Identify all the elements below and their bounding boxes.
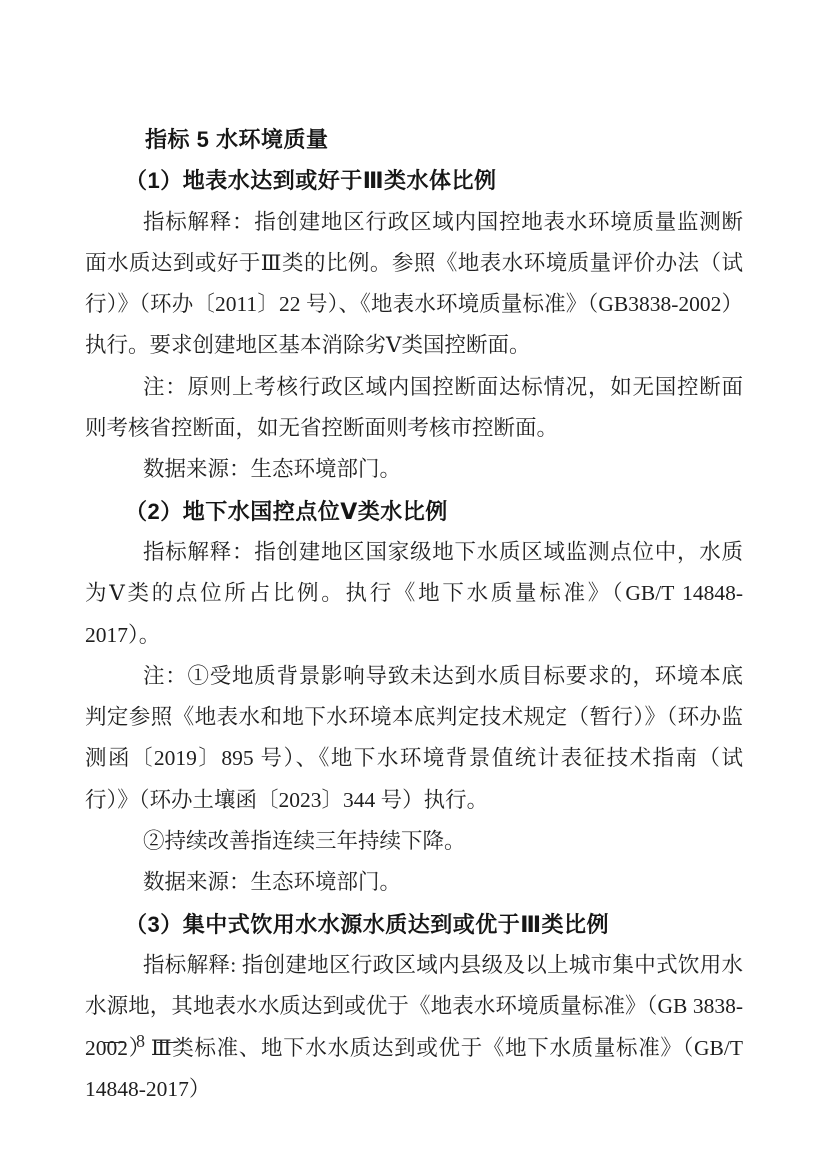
section-2-paragraph-note: 注：①受地质背景影响导致未达到水质目标要求的，环境本底判定参照《地表水和地下水环…	[85, 656, 743, 821]
section-2-paragraph-data-source: 数据来源：生态环境部门。	[85, 862, 743, 903]
section-2-heading: （2）地下水国控点位Ⅴ类水比例	[85, 491, 743, 532]
section-1-paragraph-explanation: 指标解释：指创建地区行政区域内国控地表水环境质量监测断面水质达到或好于Ⅲ类的比例…	[85, 202, 743, 367]
footer-dash-right: —	[157, 1031, 178, 1053]
section-3-heading: （3）集中式饮用水水源水质达到或优于Ⅲ类比例	[85, 904, 743, 945]
section-3-paragraph-explanation: 指标解释: 指创建地区行政区域内县级及以上城市集中式饮用水水源地，其地表水水质达…	[85, 945, 743, 1110]
section-1-paragraph-note: 注：原则上考核行政区域内国控断面达标情况，如无国控断面则考核省控断面，如无省控断…	[85, 367, 743, 450]
main-heading: 指标 5 水环境质量	[85, 119, 743, 160]
section-2-paragraph-explanation: 指标解释：指创建地区国家级地下水质区域监测点位中，水质为Ⅴ类的点位所占比例。执行…	[85, 532, 743, 656]
footer-dash-left: —	[103, 1031, 124, 1053]
page-number: 8	[136, 1031, 145, 1052]
document-content: 指标 5 水环境质量 （1）地表水达到或好于Ⅲ类水体比例 指标解释：指创建地区行…	[85, 119, 743, 1110]
section-2-paragraph-note-2: ②持续改善指连续三年持续下降。	[85, 821, 743, 862]
section-1-paragraph-data-source: 数据来源：生态环境部门。	[85, 449, 743, 490]
document-page: 指标 5 水环境质量 （1）地表水达到或好于Ⅲ类水体比例 指标解释：指创建地区行…	[0, 0, 826, 1169]
page-footer: —8—	[104, 1031, 177, 1053]
section-1-heading: （1）地表水达到或好于Ⅲ类水体比例	[85, 160, 743, 201]
